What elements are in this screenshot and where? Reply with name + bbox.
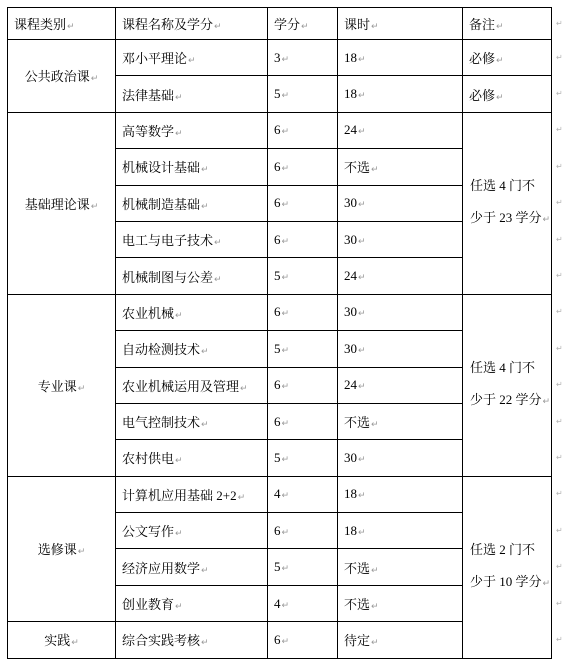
hours-cell[interactable]: 不选↵ <box>338 149 463 185</box>
cell-end-mark-icon: ↵ <box>282 528 290 538</box>
header-label: 学分 <box>274 17 300 32</box>
course-name-cell[interactable]: 自动检测技术↵ <box>116 331 268 367</box>
row-end-mark-icon: ↵ <box>556 367 563 403</box>
cell-end-mark-icon: ↵ <box>358 55 366 65</box>
header-cell-category[interactable]: 课程类别↵ <box>8 8 116 40</box>
course-name-cell[interactable]: 电工与电子技术↵ <box>116 221 268 257</box>
table-row: 公共政治课↵ 邓小平理论↵ 3↵ 18↵ 必修↵ <box>8 40 552 76</box>
credits-value: 4 <box>274 596 281 611</box>
category-cell[interactable]: 专业课↵ <box>8 294 116 476</box>
course-name-cell[interactable]: 农业机械↵ <box>116 294 268 330</box>
cell-end-mark-icon: ↵ <box>371 566 379 576</box>
cell-end-mark-icon: ↵ <box>201 347 209 357</box>
row-end-mark-icon: ↵ <box>556 257 563 293</box>
notes-cell[interactable]: 任选 2 门不 少于 10 学分↵ <box>463 476 552 658</box>
row-end-mark-icon: ↵ <box>556 75 563 111</box>
row-end-mark-icon: ↵ <box>556 185 563 221</box>
cell-end-mark-icon: ↵ <box>358 127 366 137</box>
notes-cell[interactable]: 任选 4 门不 少于 23 学分↵ <box>463 112 552 294</box>
credits-value: 5 <box>274 450 281 465</box>
cell-end-mark-icon: ↵ <box>67 22 75 32</box>
note-text: 必修 <box>469 88 495 103</box>
credits-value: 6 <box>274 632 281 647</box>
note-line: 少于 10 学分↵ <box>470 566 549 600</box>
note-line: 任选 2 门不 <box>470 534 549 566</box>
hours-value: 不选 <box>344 415 370 430</box>
cell-end-mark-icon: ↵ <box>371 420 379 430</box>
cell-end-mark-icon: ↵ <box>371 602 379 612</box>
row-end-mark-icon: ↵ <box>556 585 563 621</box>
cell-end-mark-icon: ↵ <box>91 74 99 84</box>
cell-end-mark-icon: ↵ <box>238 493 246 503</box>
hours-cell[interactable]: 18↵ <box>338 76 463 112</box>
cell-end-mark-icon: ↵ <box>282 564 290 574</box>
cell-end-mark-icon: ↵ <box>358 200 366 210</box>
hours-cell[interactable]: 18↵ <box>338 513 463 549</box>
category-cell[interactable]: 选修课↵ <box>8 476 116 622</box>
course-name-cell[interactable]: 计算机应用基础 2+2↵ <box>116 476 268 512</box>
header-cell-notes[interactable]: 备注↵ <box>463 8 552 40</box>
header-cell-hours[interactable]: 课时↵ <box>338 8 463 40</box>
cell-end-mark-icon: ↵ <box>358 528 366 538</box>
course-name-cell[interactable]: 创业教育↵ <box>116 585 268 621</box>
cell-end-mark-icon: ↵ <box>496 93 504 103</box>
notes-cell[interactable]: 必修↵ <box>463 76 552 112</box>
category-label: 公共政治课 <box>25 69 90 84</box>
credits-cell[interactable]: 6↵ <box>268 185 338 221</box>
hours-cell[interactable]: 24↵ <box>338 367 463 403</box>
row-end-marks: ↵ ↵ ↵ ↵ ↵ ↵ ↵ ↵ ↵ ↵ ↵ ↵ ↵ ↵ ↵ ↵ ↵ ↵ <box>556 7 563 658</box>
cell-end-mark-icon: ↵ <box>282 200 290 210</box>
cell-end-mark-icon: ↵ <box>282 164 290 174</box>
curriculum-table: 课程类别↵ 课程名称及学分↵ 学分↵ 课时↵ 备注↵ 公共政治课↵ 邓小平理论↵… <box>7 7 552 659</box>
note-text: 必修 <box>469 51 495 66</box>
header-label: 课程类别 <box>14 17 66 32</box>
credits-cell[interactable]: 6↵ <box>268 294 338 330</box>
hours-cell[interactable]: 不选↵ <box>338 549 463 585</box>
credits-value: 6 <box>274 159 281 174</box>
cell-end-mark-icon: ↵ <box>201 165 209 175</box>
course-name: 公文写作 <box>122 524 174 539</box>
cell-end-mark-icon: ↵ <box>543 215 551 225</box>
cell-end-mark-icon: ↵ <box>496 22 504 32</box>
cell-end-mark-icon: ↵ <box>71 638 79 648</box>
course-name: 自动检测技术 <box>122 342 200 357</box>
credits-cell[interactable]: 6↵ <box>268 403 338 439</box>
category-label: 选修课 <box>38 542 77 557</box>
course-name-cell[interactable]: 经济应用数学↵ <box>116 549 268 585</box>
cell-end-mark-icon: ↵ <box>301 22 309 32</box>
cell-end-mark-icon: ↵ <box>282 491 290 501</box>
credits-value: 5 <box>274 268 281 283</box>
hours-value: 不选 <box>344 597 370 612</box>
hours-cell[interactable]: 不选↵ <box>338 585 463 621</box>
cell-end-mark-icon: ↵ <box>201 638 209 648</box>
cell-end-mark-icon: ↵ <box>201 566 209 576</box>
cell-end-mark-icon: ↵ <box>175 529 183 539</box>
category-cell[interactable]: 基础理论课↵ <box>8 112 116 294</box>
notes-cell[interactable]: 必修↵ <box>463 40 552 76</box>
credits-value: 6 <box>274 377 281 392</box>
credits-cell[interactable]: 5↵ <box>268 440 338 476</box>
row-end-mark-icon: ↵ <box>556 476 563 512</box>
credits-cell[interactable]: 6↵ <box>268 622 338 658</box>
row-end-mark-icon: ↵ <box>556 221 563 257</box>
cell-end-mark-icon: ↵ <box>358 455 366 465</box>
hours-value: 30 <box>344 304 357 319</box>
cell-end-mark-icon: ↵ <box>214 22 222 32</box>
row-end-mark-icon: ↵ <box>556 621 563 657</box>
course-name-cell[interactable]: 机械设计基础↵ <box>116 149 268 185</box>
credits-cell[interactable]: 6↵ <box>268 112 338 148</box>
row-end-mark-icon: ↵ <box>556 512 563 548</box>
hours-cell[interactable]: 30↵ <box>338 221 463 257</box>
course-name: 农业机械运用及管理 <box>122 379 239 394</box>
credits-value: 4 <box>274 486 281 501</box>
course-name-cell[interactable]: 邓小平理论↵ <box>116 40 268 76</box>
row-end-mark-icon: ↵ <box>556 403 563 439</box>
course-name: 机械制造基础 <box>122 197 200 212</box>
hours-cell[interactable]: 24↵ <box>338 258 463 294</box>
cell-end-mark-icon: ↵ <box>188 56 196 66</box>
cell-end-mark-icon: ↵ <box>282 309 290 319</box>
credits-cell[interactable]: 4↵ <box>268 476 338 512</box>
cell-end-mark-icon: ↵ <box>282 127 290 137</box>
course-name-cell[interactable]: 机械制图与公差↵ <box>116 258 268 294</box>
credits-value: 5 <box>274 86 281 101</box>
hours-cell[interactable]: 不选↵ <box>338 403 463 439</box>
cell-end-mark-icon: ↵ <box>371 22 379 32</box>
header-label: 课时 <box>344 17 370 32</box>
credits-value: 3 <box>274 50 281 65</box>
cell-end-mark-icon: ↵ <box>282 91 290 101</box>
cell-end-mark-icon: ↵ <box>282 55 290 65</box>
hours-cell[interactable]: 30↵ <box>338 331 463 367</box>
cell-end-mark-icon: ↵ <box>214 275 222 285</box>
course-name: 机械制图与公差 <box>122 270 213 285</box>
row-end-mark-icon: ↵ <box>556 112 563 148</box>
course-name: 创业教育 <box>122 597 174 612</box>
credits-value: 6 <box>274 122 281 137</box>
header-label: 课程名称及学分 <box>122 17 213 32</box>
category-label: 实践 <box>44 633 70 648</box>
cell-end-mark-icon: ↵ <box>543 397 551 407</box>
course-name-cell[interactable]: 公文写作↵ <box>116 513 268 549</box>
hours-value: 不选 <box>344 561 370 576</box>
course-name: 法律基础 <box>122 88 174 103</box>
credits-value: 6 <box>274 304 281 319</box>
row-end-mark-icon: ↵ <box>556 330 563 366</box>
credits-value: 5 <box>274 341 281 356</box>
credits-cell[interactable]: 6↵ <box>268 513 338 549</box>
cell-end-mark-icon: ↵ <box>371 165 379 175</box>
notes-cell[interactable]: 任选 4 门不 少于 22 学分↵ <box>463 294 552 476</box>
cell-end-mark-icon: ↵ <box>282 637 290 647</box>
cell-end-mark-icon: ↵ <box>282 346 290 356</box>
header-cell-course[interactable]: 课程名称及学分↵ <box>116 8 268 40</box>
cell-end-mark-icon: ↵ <box>240 384 248 394</box>
hours-value: 18 <box>344 523 357 538</box>
note-line: 少于 22 学分↵ <box>470 384 549 418</box>
cell-end-mark-icon: ↵ <box>175 602 183 612</box>
row-end-mark-icon: ↵ <box>556 548 563 584</box>
row-end-mark-icon: ↵ <box>556 148 563 184</box>
hours-value: 不选 <box>344 160 370 175</box>
hours-cell[interactable]: 18↵ <box>338 40 463 76</box>
cell-end-mark-icon: ↵ <box>358 273 366 283</box>
cell-end-mark-icon: ↵ <box>371 638 379 648</box>
category-cell[interactable]: 实践↵ <box>8 622 116 658</box>
category-label: 专业课 <box>38 379 77 394</box>
hours-cell[interactable]: 18↵ <box>338 476 463 512</box>
row-end-mark-icon: ↵ <box>556 439 563 475</box>
hours-value: 30 <box>344 232 357 247</box>
course-name: 综合实践考核 <box>122 633 200 648</box>
credits-value: 5 <box>274 559 281 574</box>
course-name: 机械设计基础 <box>122 160 200 175</box>
credits-cell[interactable]: 6↵ <box>268 367 338 403</box>
cell-end-mark-icon: ↵ <box>543 579 551 589</box>
note-line: 少于 23 学分↵ <box>470 202 549 236</box>
cell-end-mark-icon: ↵ <box>78 547 86 557</box>
row-end-mark-icon: ↵ <box>556 7 563 39</box>
cell-end-mark-icon: ↵ <box>175 129 183 139</box>
hours-value: 24 <box>344 268 357 283</box>
cell-end-mark-icon: ↵ <box>358 237 366 247</box>
row-end-mark-icon: ↵ <box>556 294 563 330</box>
course-name: 农业机械 <box>122 306 174 321</box>
cell-end-mark-icon: ↵ <box>282 237 290 247</box>
table-row: 基础理论课↵ 高等数学↵ 6↵ 24↵ 任选 4 门不 少于 23 学分↵ <box>8 112 552 148</box>
cell-end-mark-icon: ↵ <box>201 202 209 212</box>
course-name-cell[interactable]: 高等数学↵ <box>116 112 268 148</box>
cell-end-mark-icon: ↵ <box>358 309 366 319</box>
cell-end-mark-icon: ↵ <box>358 382 366 392</box>
course-name: 电气控制技术 <box>122 415 200 430</box>
table-row: 专业课↵ 农业机械↵ 6↵ 30↵ 任选 4 门不 少于 22 学分↵ <box>8 294 552 330</box>
cell-end-mark-icon: ↵ <box>282 273 290 283</box>
category-label: 基础理论课 <box>25 197 90 212</box>
header-label: 备注 <box>469 17 495 32</box>
course-name: 高等数学 <box>122 124 174 139</box>
hours-value: 30 <box>344 450 357 465</box>
cell-end-mark-icon: ↵ <box>91 202 99 212</box>
table-row: 选修课↵ 计算机应用基础 2+2↵ 4↵ 18↵ 任选 2 门不 少于 10 学… <box>8 476 552 512</box>
cell-end-mark-icon: ↵ <box>496 56 504 66</box>
course-name: 经济应用数学 <box>122 561 200 576</box>
credits-value: 6 <box>274 195 281 210</box>
course-name-cell[interactable]: 法律基础↵ <box>116 76 268 112</box>
hours-cell[interactable]: 30↵ <box>338 440 463 476</box>
course-name: 农村供电 <box>122 451 174 466</box>
document-page: 课程类别↵ 课程名称及学分↵ 学分↵ 课时↵ 备注↵ 公共政治课↵ 邓小平理论↵… <box>0 0 563 659</box>
cell-end-mark-icon: ↵ <box>358 91 366 101</box>
cell-end-mark-icon: ↵ <box>78 384 86 394</box>
credits-value: 6 <box>274 232 281 247</box>
cell-end-mark-icon: ↵ <box>282 455 290 465</box>
hours-value: 24 <box>344 377 357 392</box>
credits-cell[interactable]: 5↵ <box>268 76 338 112</box>
credits-value: 6 <box>274 414 281 429</box>
credits-cell[interactable]: 3↵ <box>268 40 338 76</box>
cell-end-mark-icon: ↵ <box>175 93 183 103</box>
credits-cell[interactable]: 4↵ <box>268 585 338 621</box>
credits-cell[interactable]: 5↵ <box>268 331 338 367</box>
hours-cell[interactable]: 30↵ <box>338 185 463 221</box>
course-name-cell[interactable]: 电气控制技术↵ <box>116 403 268 439</box>
course-name-cell[interactable]: 农村供电↵ <box>116 440 268 476</box>
course-name: 计算机应用基础 2+2 <box>122 488 237 503</box>
cell-end-mark-icon: ↵ <box>282 382 290 392</box>
cell-end-mark-icon: ↵ <box>358 346 366 356</box>
header-row: 课程类别↵ 课程名称及学分↵ 学分↵ 课时↵ 备注↵ <box>8 8 552 40</box>
credits-cell[interactable]: 5↵ <box>268 549 338 585</box>
course-name-cell[interactable]: 机械制造基础↵ <box>116 185 268 221</box>
hours-cell[interactable]: 待定↵ <box>338 622 463 658</box>
hours-value: 30 <box>344 195 357 210</box>
credits-cell[interactable]: 6↵ <box>268 149 338 185</box>
course-name-cell[interactable]: 农业机械运用及管理↵ <box>116 367 268 403</box>
hours-cell[interactable]: 24↵ <box>338 112 463 148</box>
hours-value: 18 <box>344 86 357 101</box>
note-line: 任选 4 门不 <box>470 170 549 202</box>
header-cell-credits[interactable]: 学分↵ <box>268 8 338 40</box>
credits-value: 6 <box>274 523 281 538</box>
cell-end-mark-icon: ↵ <box>201 420 209 430</box>
course-name: 邓小平理论 <box>122 51 187 66</box>
note-line: 任选 4 门不 <box>470 352 549 384</box>
credits-cell[interactable]: 5↵ <box>268 258 338 294</box>
hours-value: 待定 <box>344 633 370 648</box>
cell-end-mark-icon: ↵ <box>175 311 183 321</box>
cell-end-mark-icon: ↵ <box>358 491 366 501</box>
cell-end-mark-icon: ↵ <box>214 238 222 248</box>
credits-cell[interactable]: 6↵ <box>268 221 338 257</box>
cell-end-mark-icon: ↵ <box>282 601 290 611</box>
course-name-cell[interactable]: 综合实践考核↵ <box>116 622 268 658</box>
hours-value: 18 <box>344 50 357 65</box>
row-end-mark-icon: ↵ <box>556 39 563 75</box>
cell-end-mark-icon: ↵ <box>282 419 290 429</box>
hours-value: 18 <box>344 486 357 501</box>
cell-end-mark-icon: ↵ <box>175 456 183 466</box>
hours-value: 30 <box>344 341 357 356</box>
category-cell[interactable]: 公共政治课↵ <box>8 40 116 113</box>
course-name: 电工与电子技术 <box>122 233 213 248</box>
hours-value: 24 <box>344 122 357 137</box>
hours-cell[interactable]: 30↵ <box>338 294 463 330</box>
